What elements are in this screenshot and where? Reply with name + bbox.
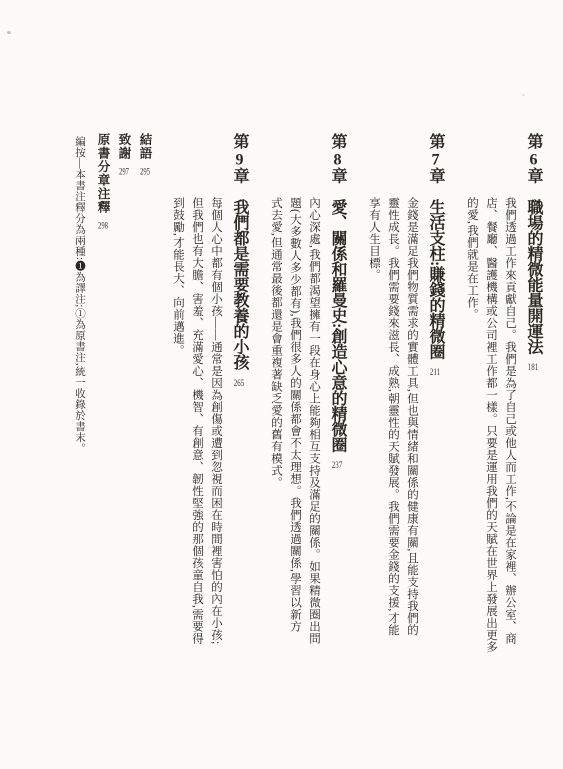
backmatter-title: 結語 [138,133,152,160]
chapter-page-number: 265 [234,379,244,389]
chapter-description: 每個人心中都有個小孩——通常是因為創傷或遭到忽視而困在時間裡害怕的內在小孩; 但… [168,133,225,743]
chapter-page-number: 181 [528,363,538,373]
backmatter-title: 致謝 [117,133,131,160]
scan-speck [522,94,525,96]
toc-backmatter: 結語295 致謝297 原書分章注釋298 [92,133,155,743]
chapter-description: 金錢是滿足我們物質需求的實體工具,但也與情緒和關係的健康有關,且能支持我們的 靈… [364,133,421,743]
scan-speck [7,31,11,34]
chapter-heading: 第6章職場的精微能量開運法181 [519,133,547,743]
chapter-description: 內心深處,我們都渴望擁有一段在身心上能夠相互支持及滿足的關係。如果精微圈出問 題… [266,133,323,743]
toc-chapter-7: 第7章生活支柱:賺錢的精微圈211 金錢是滿足我們物質需求的實體工具,但也與情緒… [364,133,449,743]
chapter-number-suffix: 章 [231,168,248,187]
chapter-title: 愛、關係和羅曼史:創造心意的精微圈 [329,199,346,452]
chapter-number-suffix: 章 [329,168,346,187]
chapter-number-label: 第8章 [329,133,346,186]
chapter-number-label: 第9章 [231,133,248,186]
chapter-number-prefix: 第 [231,133,248,152]
toc-chapter-9: 第9章我們都是需要教養的小孩265 每個人心中都有個小孩——通常是因為創傷或遭到… [168,133,253,743]
chapter-title: 生活支柱:賺錢的精微圈 [427,199,444,359]
backmatter-page-number: 297 [119,167,129,176]
chapter-number-label: 第6章 [525,133,542,186]
chapter-number-label: 第7章 [427,133,444,186]
backmatter-page-number: 295 [140,167,150,176]
chapter-title: 我們都是需要教養的小孩 [231,199,248,370]
chapter-number-prefix: 第 [427,133,444,152]
chapter-heading: 第8章愛、關係和羅曼史:創造心意的精微圈237 [323,133,351,743]
chapter-heading: 第9章我們都是需要教養的小孩265 [225,133,253,743]
toc-entry-acknowledgments: 致謝297 [113,133,134,743]
chapter-page-number: 237 [332,461,342,471]
backmatter-title: 原書分章注釋 [96,133,110,214]
chapter-number-suffix: 章 [427,168,444,187]
toc-entry-conclusion: 結語295 [134,133,155,743]
editor-note: 編按—本書注釋分為兩種:❶為譯注;①為原書注,統一收錄於書末。 [70,133,88,743]
backmatter-page-number: 298 [98,221,108,230]
toc-entry-chapter-notes: 原書分章注釋298 [92,133,113,743]
chapter-number: 8 [329,152,346,168]
chapter-number-prefix: 第 [525,133,542,152]
toc-chapter-8: 第8章愛、關係和羅曼史:創造心意的精微圈237 內心深處,我們都渴望擁有一段在身… [266,133,351,743]
table-of-contents: 第6章職場的精微能量開運法181 我們透過工作來貢獻自己。我們是為了自己或他人而… [70,133,547,743]
chapter-title: 職場的精微能量開運法 [525,199,542,354]
chapter-number: 6 [525,152,542,168]
chapter-number-suffix: 章 [525,168,542,187]
chapter-description: 我們透過工作來貢獻自己。我們是為了自己或他人而工作,不論是在家裡、辦公室、商 店… [462,133,519,743]
toc-chapter-6: 第6章職場的精微能量開運法181 我們透過工作來貢獻自己。我們是為了自己或他人而… [462,133,547,743]
chapter-number-prefix: 第 [329,133,346,152]
chapter-number: 7 [427,152,444,168]
chapter-page-number: 211 [430,368,440,378]
scanned-book-page: 第6章職場的精微能量開運法181 我們透過工作來貢獻自己。我們是為了自己或他人而… [0,0,563,769]
chapter-number: 9 [231,152,248,168]
chapter-heading: 第7章生活支柱:賺錢的精微圈211 [421,133,449,743]
